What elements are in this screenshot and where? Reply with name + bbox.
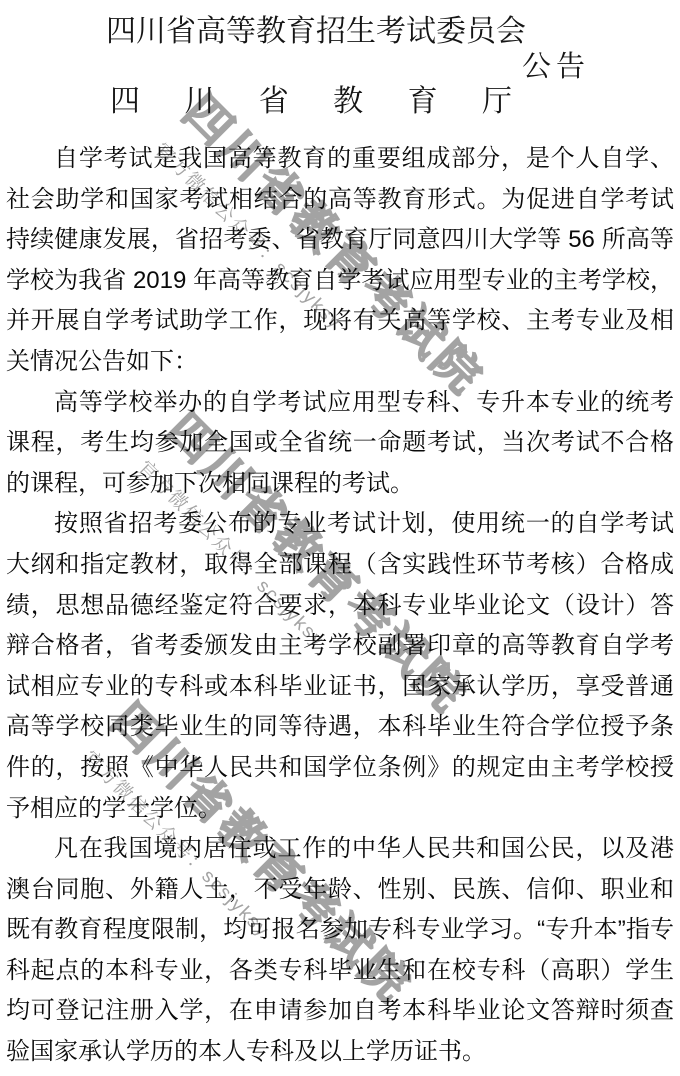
committee-char: 试	[406, 6, 436, 50]
committee-char: 四	[106, 6, 136, 50]
announcement-title: 公告	[522, 44, 590, 85]
committee-char: 等	[226, 6, 256, 50]
committee-char: 省	[166, 6, 196, 50]
department-char: 育	[408, 76, 438, 120]
committee-char: 招	[316, 6, 346, 50]
body-paragraph: 凡在我国境内居住或工作的中华人民共和国公民，以及港澳台同胞、外籍人士，不受年龄、…	[6, 829, 674, 1073]
body-paragraph: 高等学校举办的自学考试应用型专科、专升本专业的统考课程，考生均参加全国或全省统一…	[6, 383, 674, 505]
department-char: 教	[333, 76, 363, 120]
department-char: 川	[184, 76, 214, 120]
announcement-page: 四川省教育考试院 官方微信公众号：scsjyksy 四川省教育考试院 官方微信公…	[0, 0, 680, 1076]
committee-char: 考	[376, 6, 406, 50]
department-char: 四	[110, 76, 140, 120]
department-char: 厅	[482, 76, 512, 120]
committee-char: 川	[136, 6, 166, 50]
issuer-department-name: 四 川 省 教 育 厅	[110, 76, 512, 120]
committee-char: 高	[196, 6, 226, 50]
body-paragraph: 按照省招考委公布的专业考试计划，使用统一的自学考试大纲和指定教材，取得全部课程（…	[6, 504, 674, 829]
committee-char: 员	[466, 6, 496, 50]
committee-char: 育	[286, 6, 316, 50]
committee-char: 生	[346, 6, 376, 50]
announcement-body: 自学考试是我国高等教育的重要组成部分，是个人自学、社会助学和国家考试相结合的高等…	[0, 139, 680, 1073]
issuer-committee-name: 四 川 省 高 等 教 育 招 生 考 试 委 员 会	[106, 6, 516, 50]
committee-char: 委	[436, 6, 466, 50]
body-paragraph: 自学考试是我国高等教育的重要组成部分，是个人自学、社会助学和国家考试相结合的高等…	[6, 139, 674, 383]
department-char: 省	[259, 76, 289, 120]
committee-char: 教	[256, 6, 286, 50]
